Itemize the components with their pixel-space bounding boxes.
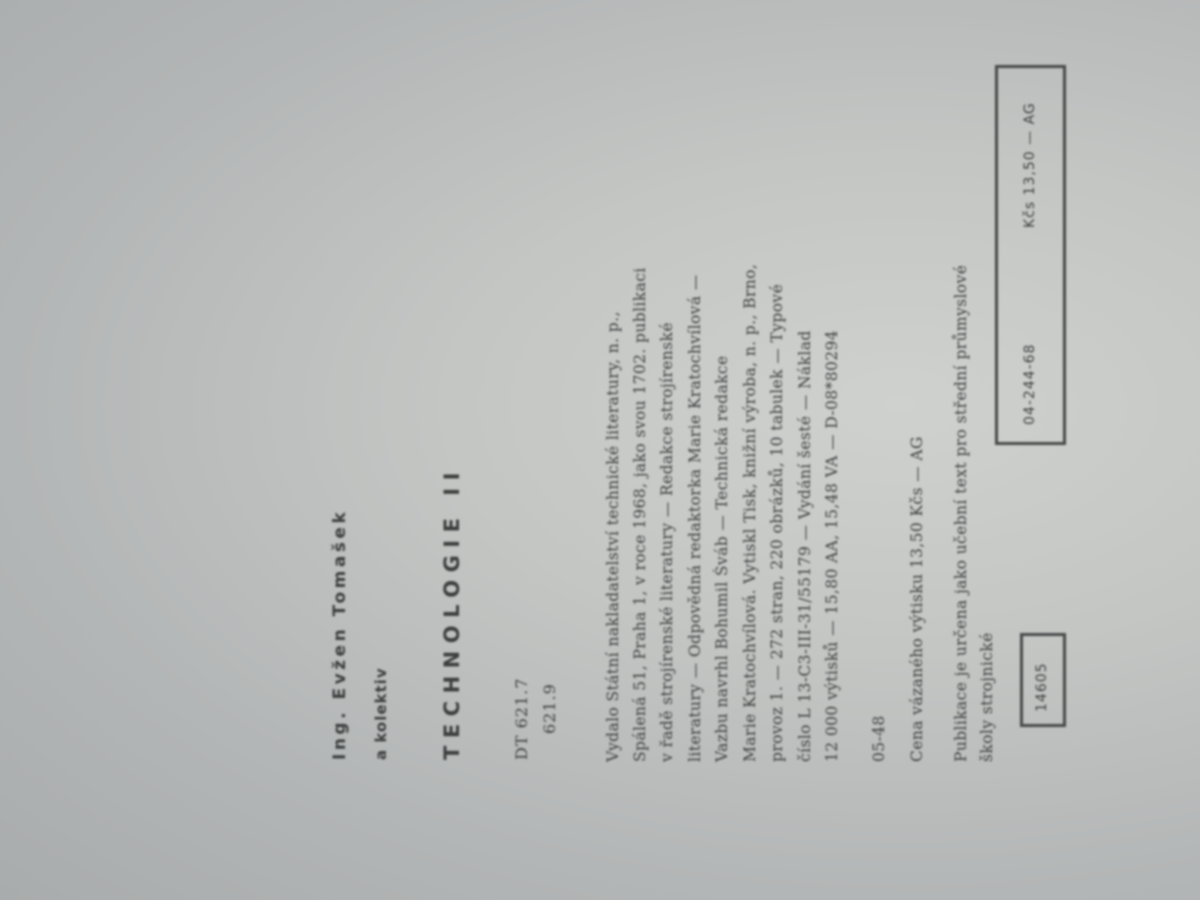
book-title: TECHNOLOGIE II xyxy=(440,465,464,760)
colophon-line: v řadě strojírenské literatury — Redakce… xyxy=(658,322,676,762)
purpose-line: Publikace je určena jako učební text pro… xyxy=(952,265,970,762)
colophon-line: Spálená 51, Praha 1, v roce 1968, jako s… xyxy=(631,267,649,762)
catalog-number: 14605 xyxy=(1034,662,1050,712)
colophon-line: Vazbu navrhl Bohumil Šváb — Technická re… xyxy=(713,355,731,762)
colophon-line: 12 000 výtisků — 15,80 AA, 15,48 VA — D-… xyxy=(823,330,841,762)
colophon-line: literatury — Odpovědná redaktorka Marie … xyxy=(686,274,704,762)
price-code-left: 04-244-68 xyxy=(1022,344,1038,425)
publication-code: 05-48 xyxy=(870,715,888,762)
author-collective: a kolektiv xyxy=(372,667,390,760)
dt-code-secondary: 621.9 xyxy=(540,683,559,734)
colophon-line: Vydalo Státní nakladatelství technické l… xyxy=(604,311,622,762)
colophon-line: číslo L 13-C3-III-31/55179 — Vydání šest… xyxy=(796,330,814,762)
author-name: Ing. Evžen Tomašek xyxy=(330,509,350,760)
price-line: Cena vázaného výtisku 13,50 Kčs — AG xyxy=(908,436,926,762)
price-code-right: Kčs 13,50 — AG xyxy=(1022,102,1038,228)
purpose-line: školy strojnické xyxy=(978,632,996,762)
colophon-line: Marie Kratochvílová. Vytiskl Tisk, knižn… xyxy=(741,264,759,762)
dt-code-primary: DT 621.7 xyxy=(512,678,531,760)
colophon-line: provoz 1. — 272 stran, 220 obrázků, 10 t… xyxy=(768,284,786,762)
